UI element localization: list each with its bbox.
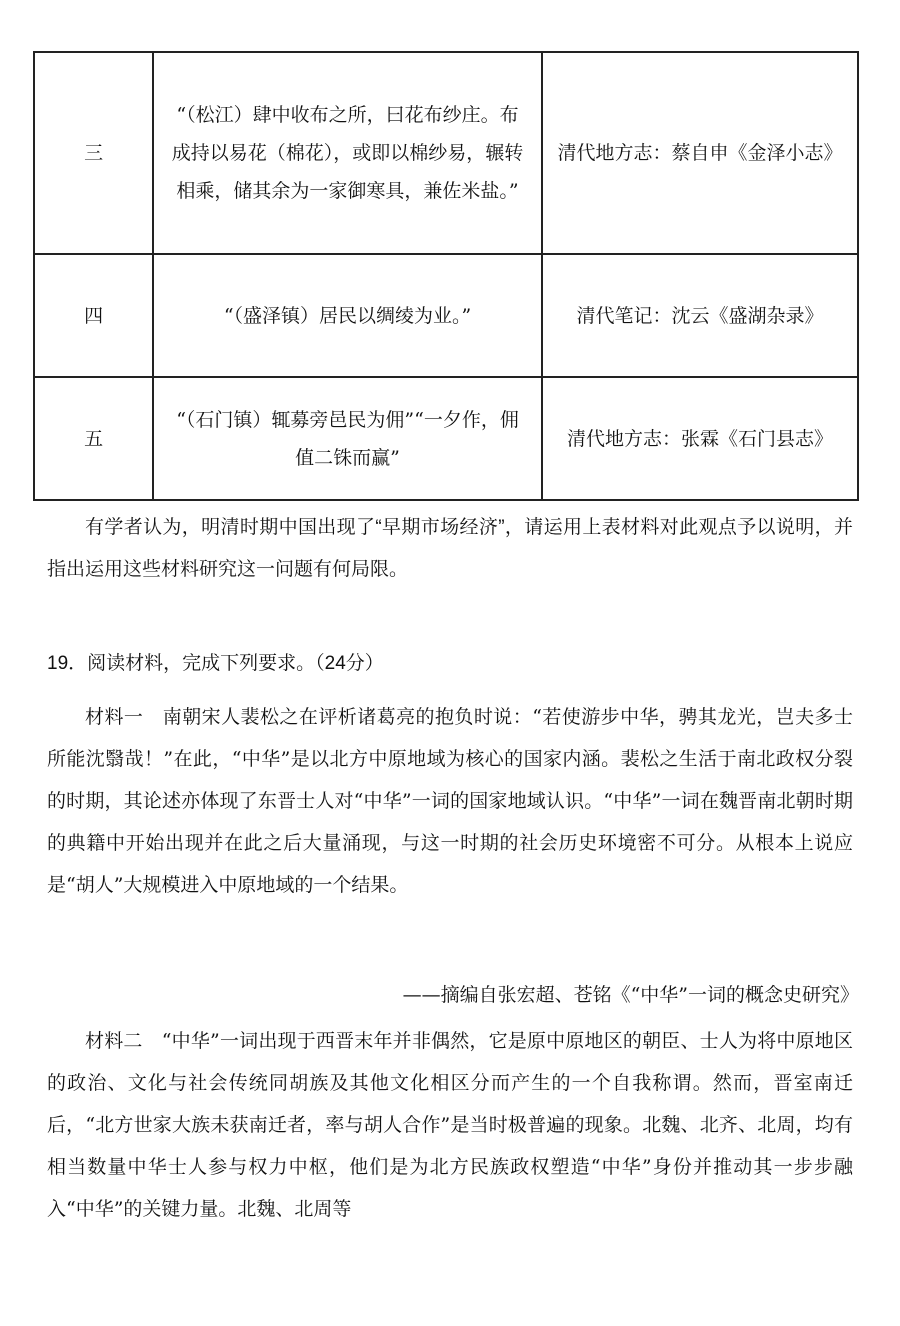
table-row: 四 “（盛泽镇）居民以绸绫为业。” 清代笔记：沈云《盛湖杂录》 [34, 254, 858, 377]
table-row: 三 “（松江）肆中收布之所，曰花布纱庄。布成持以易花（棉花），或即以棉纱易，辗转… [34, 52, 858, 254]
question-19-heading: 19．阅读材料，完成下列要求。（24分） [47, 643, 853, 685]
material-one-source: ——摘编自张宏超、苍铭《“中华”一词的概念史研究》 [47, 974, 859, 1016]
row-number: 五 [34, 377, 153, 500]
material-one: 材料一 南朝宋人裴松之在评析诸葛亮的抱负时说：“若使游步中华，骋其龙光，岂夫多士… [47, 696, 853, 906]
row-excerpt: “（松江）肆中收布之所，曰花布纱庄。布成持以易花（棉花），或即以棉纱易，辗转相乘… [153, 52, 542, 254]
historical-materials-table: 三 “（松江）肆中收布之所，曰花布纱庄。布成持以易花（棉花），或即以棉纱易，辗转… [33, 51, 859, 501]
row-source: 清代地方志：蔡自申《金泽小志》 [542, 52, 858, 254]
row-number: 三 [34, 52, 153, 254]
row-source: 清代笔记：沈云《盛湖杂录》 [542, 254, 858, 377]
row-excerpt: “（石门镇）辄募旁邑民为佣”“一夕作，佣值二铢而赢” [153, 377, 542, 500]
row-number: 四 [34, 254, 153, 377]
table-row: 五 “（石门镇）辄募旁邑民为佣”“一夕作，佣值二铢而赢” 清代地方志：张霖《石门… [34, 377, 858, 500]
material-two: 材料二 “中华”一词出现于西晋末年并非偶然，它是原中原地区的朝臣、士人为将中原地… [47, 1020, 853, 1230]
row-source: 清代地方志：张霖《石门县志》 [542, 377, 858, 500]
question-18-prompt: 有学者认为，明清时期中国出现了“早期市场经济”，请运用上表材料对此观点予以说明，… [47, 507, 853, 591]
row-excerpt: “（盛泽镇）居民以绸绫为业。” [153, 254, 542, 377]
